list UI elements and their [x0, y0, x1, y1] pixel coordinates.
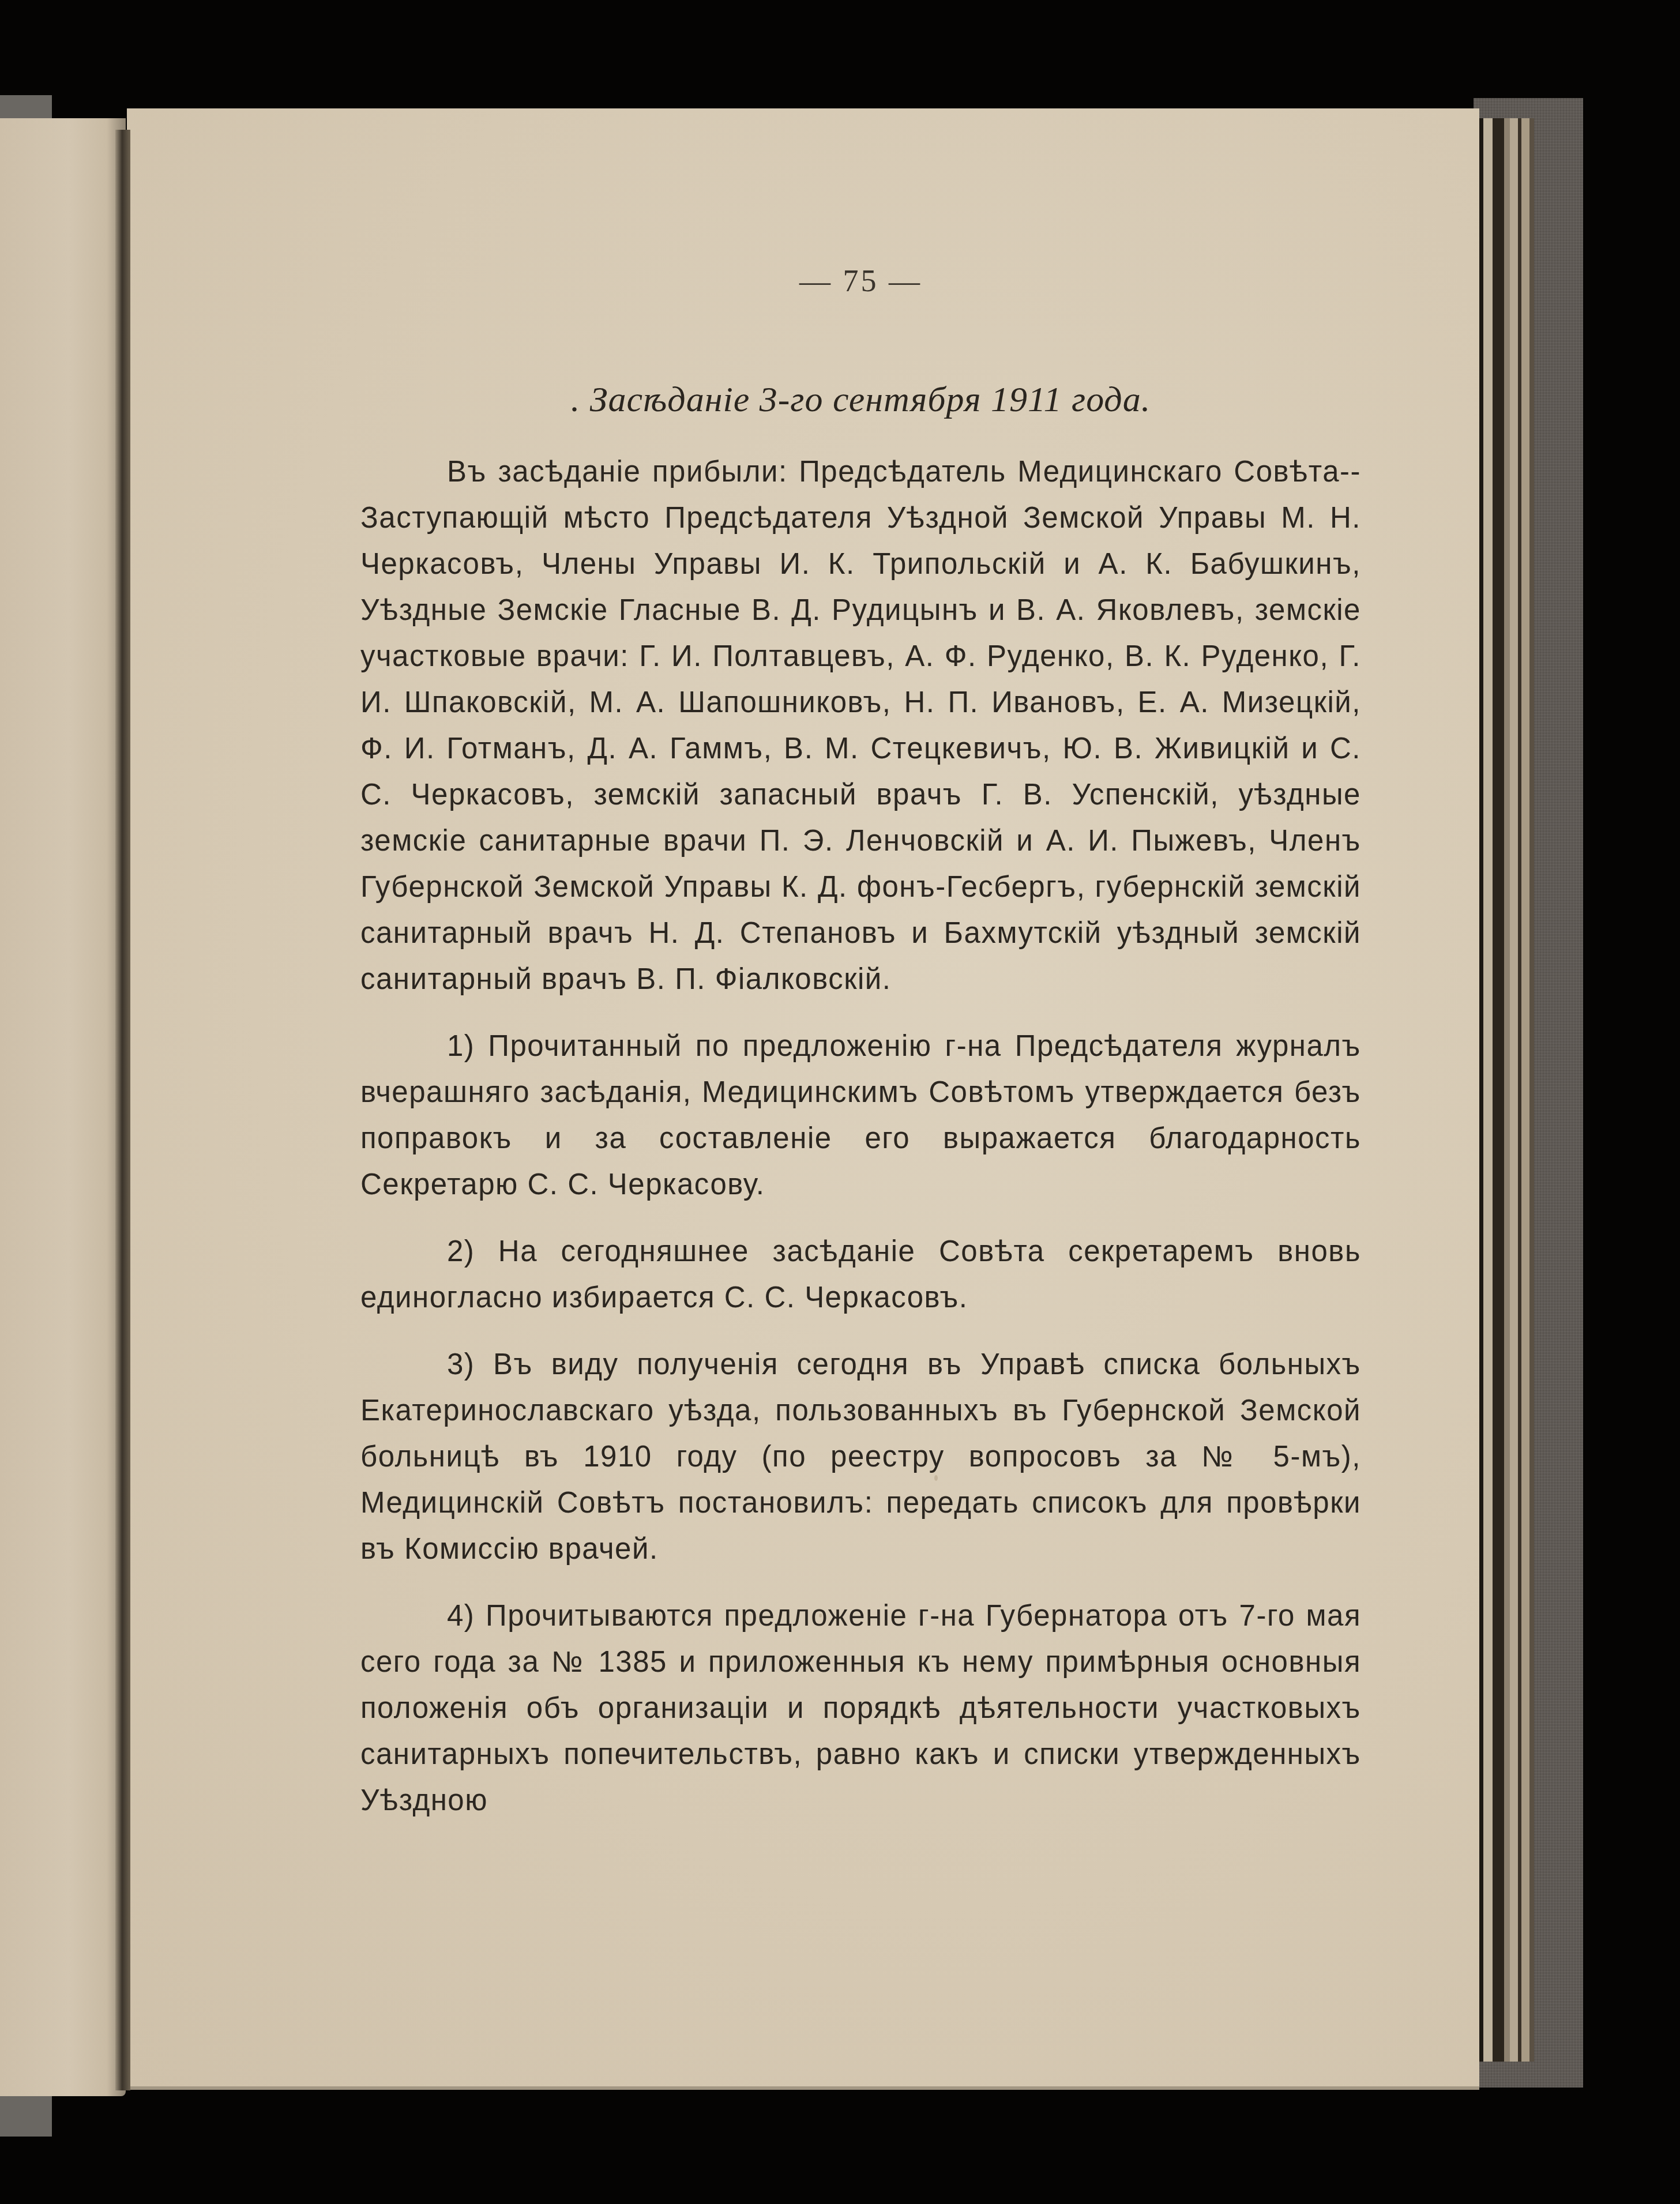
paragraph-item-1: 1) Прочитанный по предложенію г-на Предс…: [360, 1023, 1361, 1208]
left-facing-page: [0, 118, 126, 2096]
paragraph-item-3: 3) Въ виду полученія сегодня въ Управѣ с…: [360, 1341, 1361, 1572]
book-page: — 75 — . Засѣданіе 3-го сентября 1911 го…: [127, 108, 1479, 2090]
page-stack-edges: [1476, 118, 1546, 2062]
body-text: Въ засѣданіе прибыли: Предсѣдатель Медиц…: [360, 449, 1361, 1823]
paragraph-item-2: 2) На сегодняшнее засѣданіе Совѣта секре…: [360, 1228, 1361, 1321]
book-gutter: [115, 130, 130, 2090]
paragraph-item-4: 4) Прочитываются предложеніе г-на Губерн…: [360, 1593, 1361, 1823]
paragraph-attendees: Въ засѣданіе прибыли: Предсѣдатель Медиц…: [360, 449, 1361, 1002]
section-title: . Засѣданіе 3-го сентября 1911 года.: [360, 379, 1361, 420]
page-number: — 75 —: [360, 263, 1361, 299]
